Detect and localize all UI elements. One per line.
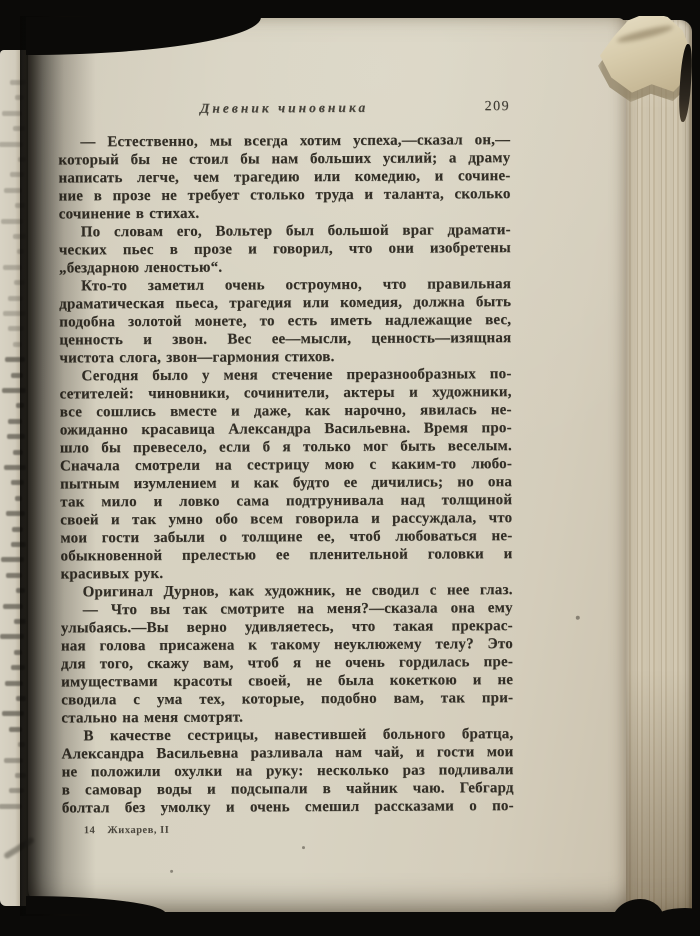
left-page-text-fragment <box>8 326 24 331</box>
body-line: сочинение в стихах. <box>59 203 511 223</box>
left-page-text-fragment <box>5 681 23 686</box>
paper-speck <box>576 616 580 620</box>
body-line: в самовар воды и подсыпали в чайник чаю.… <box>62 779 514 799</box>
left-page-text-fragment <box>6 511 25 516</box>
body-line: Оригинал Дурнов, как художник, не сводил… <box>61 581 513 601</box>
left-page-text-fragment <box>3 311 26 316</box>
paper-speck <box>302 846 305 849</box>
background-strip <box>693 0 700 936</box>
body-line: драматическая пьеса, трагедия или комеди… <box>59 293 511 313</box>
left-page-text-fragment <box>16 588 25 593</box>
background-strip <box>0 0 700 16</box>
running-title: Дневник чиновника <box>58 99 510 117</box>
left-page-text-fragment <box>10 80 26 85</box>
body-line: болтал без умолку и очень смешил рассказ… <box>62 797 514 817</box>
signature-text: Жихарев, II <box>107 825 169 836</box>
body-line: ценность и звон. Вес ее—мысли, ценность—… <box>59 329 511 349</box>
body-line: Александра Васильевна разливала нам чай,… <box>61 743 513 763</box>
left-page-text-fragment <box>0 634 24 639</box>
left-page-text-fragment <box>14 650 22 655</box>
body-line: — Естественно, мы всегда хотим успеха,—с… <box>58 131 510 151</box>
running-head: Дневник чиновника 209 <box>58 99 510 121</box>
body-line: — Что вы так смотрите на меня?—сказала о… <box>61 599 513 619</box>
left-page-text-fragment <box>14 280 25 285</box>
left-page-text-fragment <box>14 619 26 624</box>
left-page-text-fragment <box>2 388 26 393</box>
left-page-text-fragment <box>13 234 26 239</box>
body-line: так мило и ловко сама подтрунивала над т… <box>60 491 512 511</box>
left-page-text-fragment <box>13 342 22 347</box>
body-line: красивых рук. <box>61 563 513 583</box>
body-line: ожиданно красавица Александра Васильевна… <box>60 419 512 439</box>
left-page-text-fragment <box>11 665 25 670</box>
book-page: Дневник чиновника 209 — Естественно, мы … <box>28 18 626 912</box>
left-page-text-fragment <box>15 203 25 208</box>
book-photo: Дневник чиновника 209 — Естественно, мы … <box>0 0 700 936</box>
body-line: Сегодня было у меня стечение преразнообр… <box>59 365 511 385</box>
left-page-text-fragment <box>3 604 23 609</box>
left-page-text-fragment <box>17 249 24 254</box>
left-page-text-fragment <box>2 711 24 716</box>
body-line: чистота слога, звон—гармония стихов. <box>59 347 511 367</box>
body-line: подобна золотой монете, то есть иметь на… <box>59 311 511 331</box>
left-page-edge <box>0 50 29 906</box>
sheet-number: 14 <box>84 825 96 836</box>
body-line: который бы не стоил бы нам больших усили… <box>58 149 510 169</box>
page-edges <box>622 20 692 922</box>
left-page-text-fragment <box>5 357 25 362</box>
body-line: шло бы превесело, если б я только мог бы… <box>60 437 512 457</box>
body-line: своей и так умно обо всем говорила и рас… <box>60 509 512 529</box>
left-page-text-fragment <box>15 496 22 501</box>
body-line: написать легче, чем трагедию или комедию… <box>58 167 510 187</box>
left-page-text-fragment <box>16 696 26 701</box>
left-page-text-fragment <box>11 480 24 485</box>
footer-signature: 14 Жихарев, II <box>84 825 169 836</box>
left-page-text-fragment <box>9 788 24 793</box>
left-page-text-fragment <box>4 465 26 470</box>
left-page-text-fragment <box>9 727 22 732</box>
left-page-text-fragment <box>7 434 25 439</box>
body-text: — Естественно, мы всегда хотим успеха,—с… <box>58 131 514 817</box>
body-line: пытным изумлением и как будто ее дичилис… <box>60 473 512 493</box>
left-page-text-fragment <box>10 172 24 177</box>
body-line: улыбаясь.—Вы верно удивляетесь, что така… <box>61 617 513 637</box>
body-line: все сошлись вместе и даже, как нарочно, … <box>60 401 512 421</box>
left-page-text-fragment <box>18 157 26 162</box>
body-line: имуществами красоты своей, не была кокет… <box>61 671 513 691</box>
left-page-text-fragment <box>4 758 23 763</box>
left-page-text-fragment <box>8 419 22 424</box>
body-line: обыкновенной прелестью ее пленительной г… <box>60 545 512 565</box>
body-line: не положили охулки на руку: несколько ра… <box>62 761 514 781</box>
left-page-text-fragment <box>15 773 26 778</box>
left-page-text-fragment <box>1 557 24 562</box>
left-page-text-fragment <box>11 542 26 547</box>
left-page-text-fragment <box>16 403 24 408</box>
body-line: По словам его, Вольтер был большой враг … <box>59 221 511 241</box>
left-page-text-fragment <box>13 126 25 131</box>
left-page-text-fragment <box>12 527 23 532</box>
paper-speck <box>170 870 173 873</box>
body-line: стально на меня смотрят. <box>61 707 513 727</box>
body-line: ние в прозе не требует столько труда и т… <box>59 185 511 205</box>
left-page-text-fragment <box>18 742 25 747</box>
left-page-text-fragment <box>8 296 23 301</box>
body-line: Сначала смотрели на сестрицу мою с каким… <box>60 455 512 475</box>
left-page-text-fragment <box>0 142 23 147</box>
left-page-text-fragment <box>3 265 22 270</box>
body-line: для того, скажу вам, чтоб я не очень гор… <box>61 653 513 673</box>
page-number: 209 <box>485 99 511 115</box>
page-surface: Дневник чиновника 209 — Естественно, мы … <box>26 16 629 913</box>
body-line: мои гости забыли о толщине ее, чтоб любо… <box>60 527 512 547</box>
left-page-text-fragment <box>2 111 22 116</box>
body-line: ная голова присажена к такому неуклюжему… <box>61 635 513 655</box>
left-page-text-fragment <box>11 373 23 378</box>
body-line: сводила с ума тех, которые, подобно вам,… <box>61 689 513 709</box>
left-page-text-fragment <box>15 95 24 100</box>
left-page-text-fragment <box>0 804 22 809</box>
left-page-text-fragment <box>1 219 23 224</box>
left-page-text-fragment <box>4 188 22 193</box>
left-page-text-fragment <box>13 450 23 455</box>
body-line: ческих пьес в прозе и говорил, что они и… <box>59 239 511 259</box>
background-strip <box>0 921 700 936</box>
body-line: сетителей: чиновники, сочинители, актеры… <box>60 383 512 403</box>
body-line: Кто-то заметил очень остроумно, что прав… <box>59 275 511 295</box>
body-line: „бездарною леностью“. <box>59 257 511 277</box>
left-page-text-fragment <box>6 573 22 578</box>
body-line: В качестве сестрицы, навестившей больног… <box>61 725 513 745</box>
